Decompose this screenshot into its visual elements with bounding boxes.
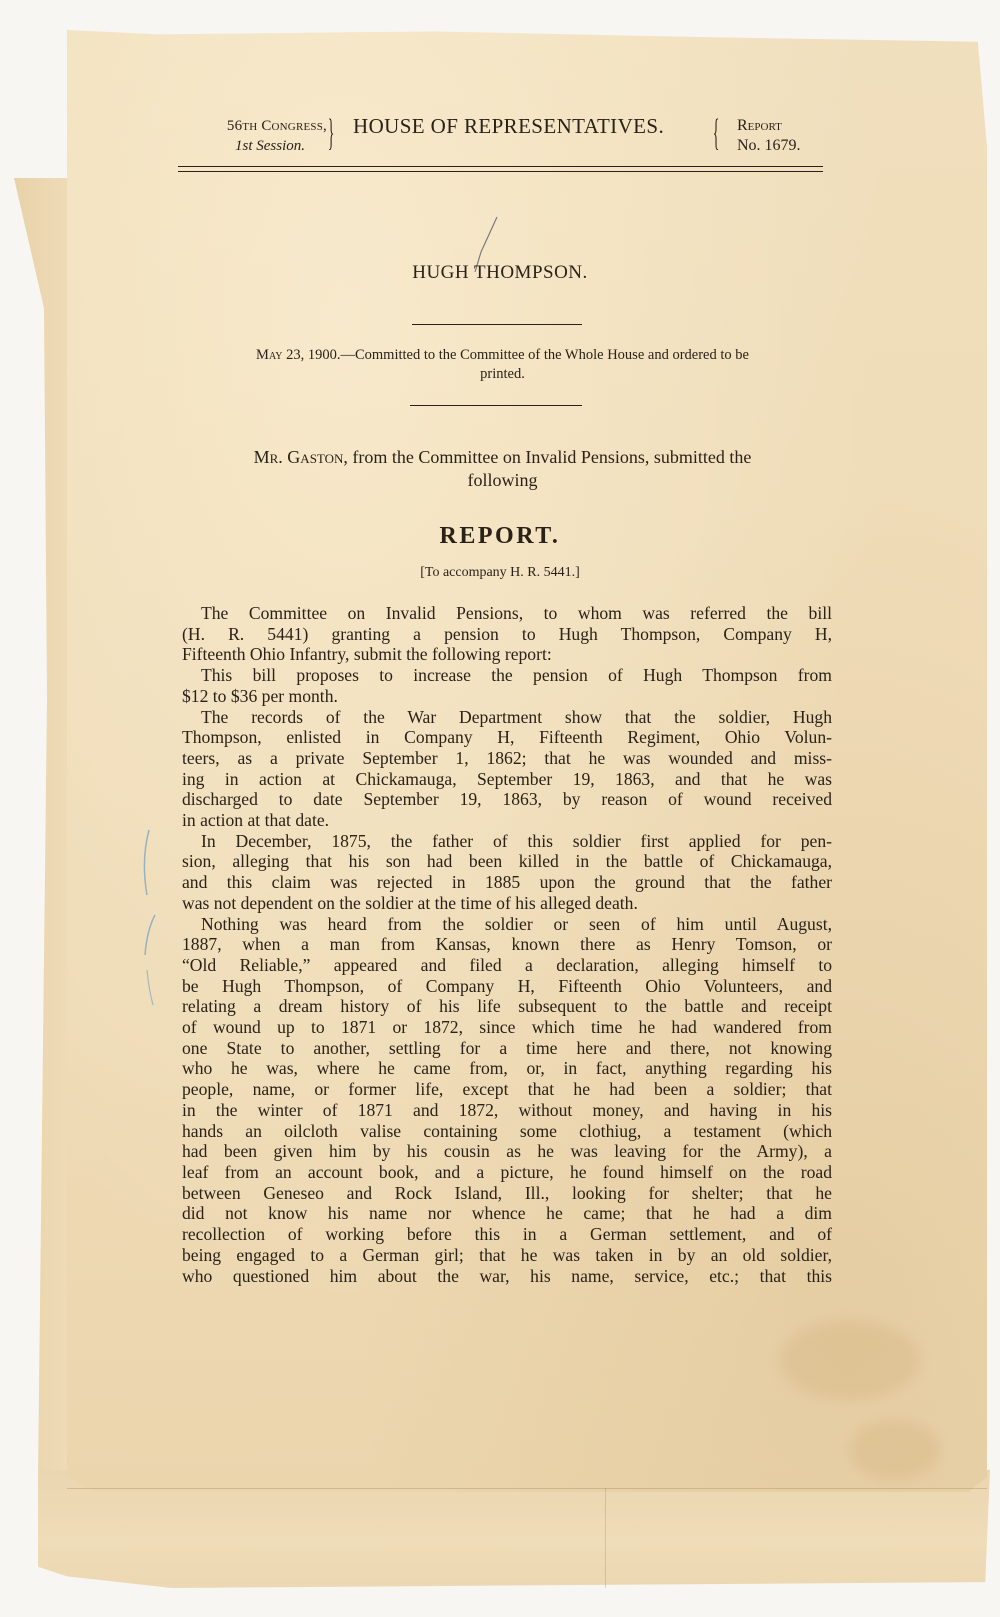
body-line: was not dependent on the soldier at the … bbox=[182, 893, 832, 914]
body-line: Fifteenth Ohio Infantry, submit the foll… bbox=[182, 644, 832, 665]
body-line: one State to another, settling for a tim… bbox=[182, 1038, 832, 1059]
body-line: hands an oilcloth valise containing some… bbox=[182, 1121, 832, 1142]
report-number-block: Report No. 1679. bbox=[737, 116, 801, 156]
report-body: The Committee on Invalid Pensions, to wh… bbox=[182, 603, 832, 1286]
chamber-title: HOUSE OF REPRESENTATIVES. bbox=[353, 114, 664, 139]
session-label: 1st Session. bbox=[177, 136, 305, 156]
blue-ink-margin-mark bbox=[135, 820, 165, 1020]
body-line: recollection of working before this in a… bbox=[182, 1224, 832, 1245]
body-line: “Old Reliable,” appeared and filed a dec… bbox=[182, 955, 832, 976]
body-line: This bill proposes to increase the pensi… bbox=[182, 665, 832, 686]
committed-date: May 23, 1900. bbox=[256, 347, 340, 363]
body-line: teers, as a private September 1, 1862; t… bbox=[182, 748, 832, 769]
body-line: people, name, or former life, except tha… bbox=[182, 1079, 832, 1100]
accompany-bill-note: [To accompany H. R. 5441.] bbox=[0, 565, 1000, 581]
body-line: who he was, where he came from, or, in f… bbox=[182, 1058, 832, 1079]
committed-text-line2: printed. bbox=[480, 366, 525, 382]
body-line: and this claim was rejected in 1885 upon… bbox=[182, 872, 832, 893]
body-line: did not know his name nor whence he came… bbox=[182, 1203, 832, 1224]
committed-text: —Committed to the Committee of the Whole… bbox=[340, 347, 748, 363]
body-line: who questioned him about the war, his na… bbox=[182, 1266, 832, 1287]
body-line: relating a dream history of his life sub… bbox=[182, 996, 832, 1017]
body-line: Thompson, enlisted in Company H, Fifteen… bbox=[182, 727, 832, 748]
title-rule bbox=[412, 324, 582, 325]
submitter-name: Mr. Gaston, bbox=[254, 447, 348, 467]
body-line: of wound up to 1871 or 1872, since which… bbox=[182, 1017, 832, 1038]
body-line: The records of the War Department show t… bbox=[182, 707, 832, 728]
body-line: in the winter of 1871 and 1872, without … bbox=[182, 1100, 832, 1121]
body-line: in action at that date. bbox=[182, 810, 832, 831]
brace-left: } bbox=[328, 113, 334, 153]
body-line: sion, alleging that his son had been kil… bbox=[182, 851, 832, 872]
body-line: leaf from an account book, and a picture… bbox=[182, 1162, 832, 1183]
masthead: 56th Congress, 1st Session. } HOUSE OF R… bbox=[177, 113, 817, 165]
congress-session-block: 56th Congress, 1st Session. bbox=[177, 116, 327, 156]
congress-label: 56th Congress, bbox=[177, 116, 327, 136]
body-line: 1887, when a man from Kansas, known ther… bbox=[182, 934, 832, 955]
submitted-by: Mr. Gaston, from the Committee on Invali… bbox=[175, 446, 830, 492]
submitted-text-line2: following bbox=[468, 470, 538, 490]
body-line: In December, 1875, the father of this so… bbox=[182, 831, 832, 852]
committed-notice: May 23, 1900.—Committed to the Committee… bbox=[175, 346, 830, 384]
brace-right: { bbox=[713, 113, 719, 153]
body-line: ing in action at Chickamauga, September … bbox=[182, 769, 832, 790]
body-line: (H. R. 5441) granting a pension to Hugh … bbox=[182, 624, 832, 645]
document-page: 56th Congress, 1st Session. } HOUSE OF R… bbox=[0, 0, 1000, 1617]
report-number: No. 1679. bbox=[737, 136, 801, 156]
body-line: had been given him by his cousin as he w… bbox=[182, 1141, 832, 1162]
body-line: The Committee on Invalid Pensions, to wh… bbox=[182, 603, 832, 624]
body-line: between Geneseo and Rock Island, Ill., l… bbox=[182, 1183, 832, 1204]
masthead-double-rule bbox=[178, 166, 823, 172]
committed-rule bbox=[410, 405, 582, 406]
report-label: Report bbox=[737, 116, 801, 136]
body-line: Nothing was heard from the soldier or se… bbox=[182, 914, 832, 935]
report-heading: REPORT. bbox=[0, 523, 1000, 550]
body-line: discharged to date September 19, 1863, b… bbox=[182, 789, 832, 810]
body-line: being engaged to a German girl; that he … bbox=[182, 1245, 832, 1266]
document-title: HUGH THOMPSON. bbox=[0, 262, 1000, 284]
body-line: be Hugh Thompson, of Company H, Fifteent… bbox=[182, 976, 832, 997]
body-line: $12 to $36 per month. bbox=[182, 686, 832, 707]
submitted-text: from the Committee on Invalid Pensions, … bbox=[348, 447, 751, 467]
